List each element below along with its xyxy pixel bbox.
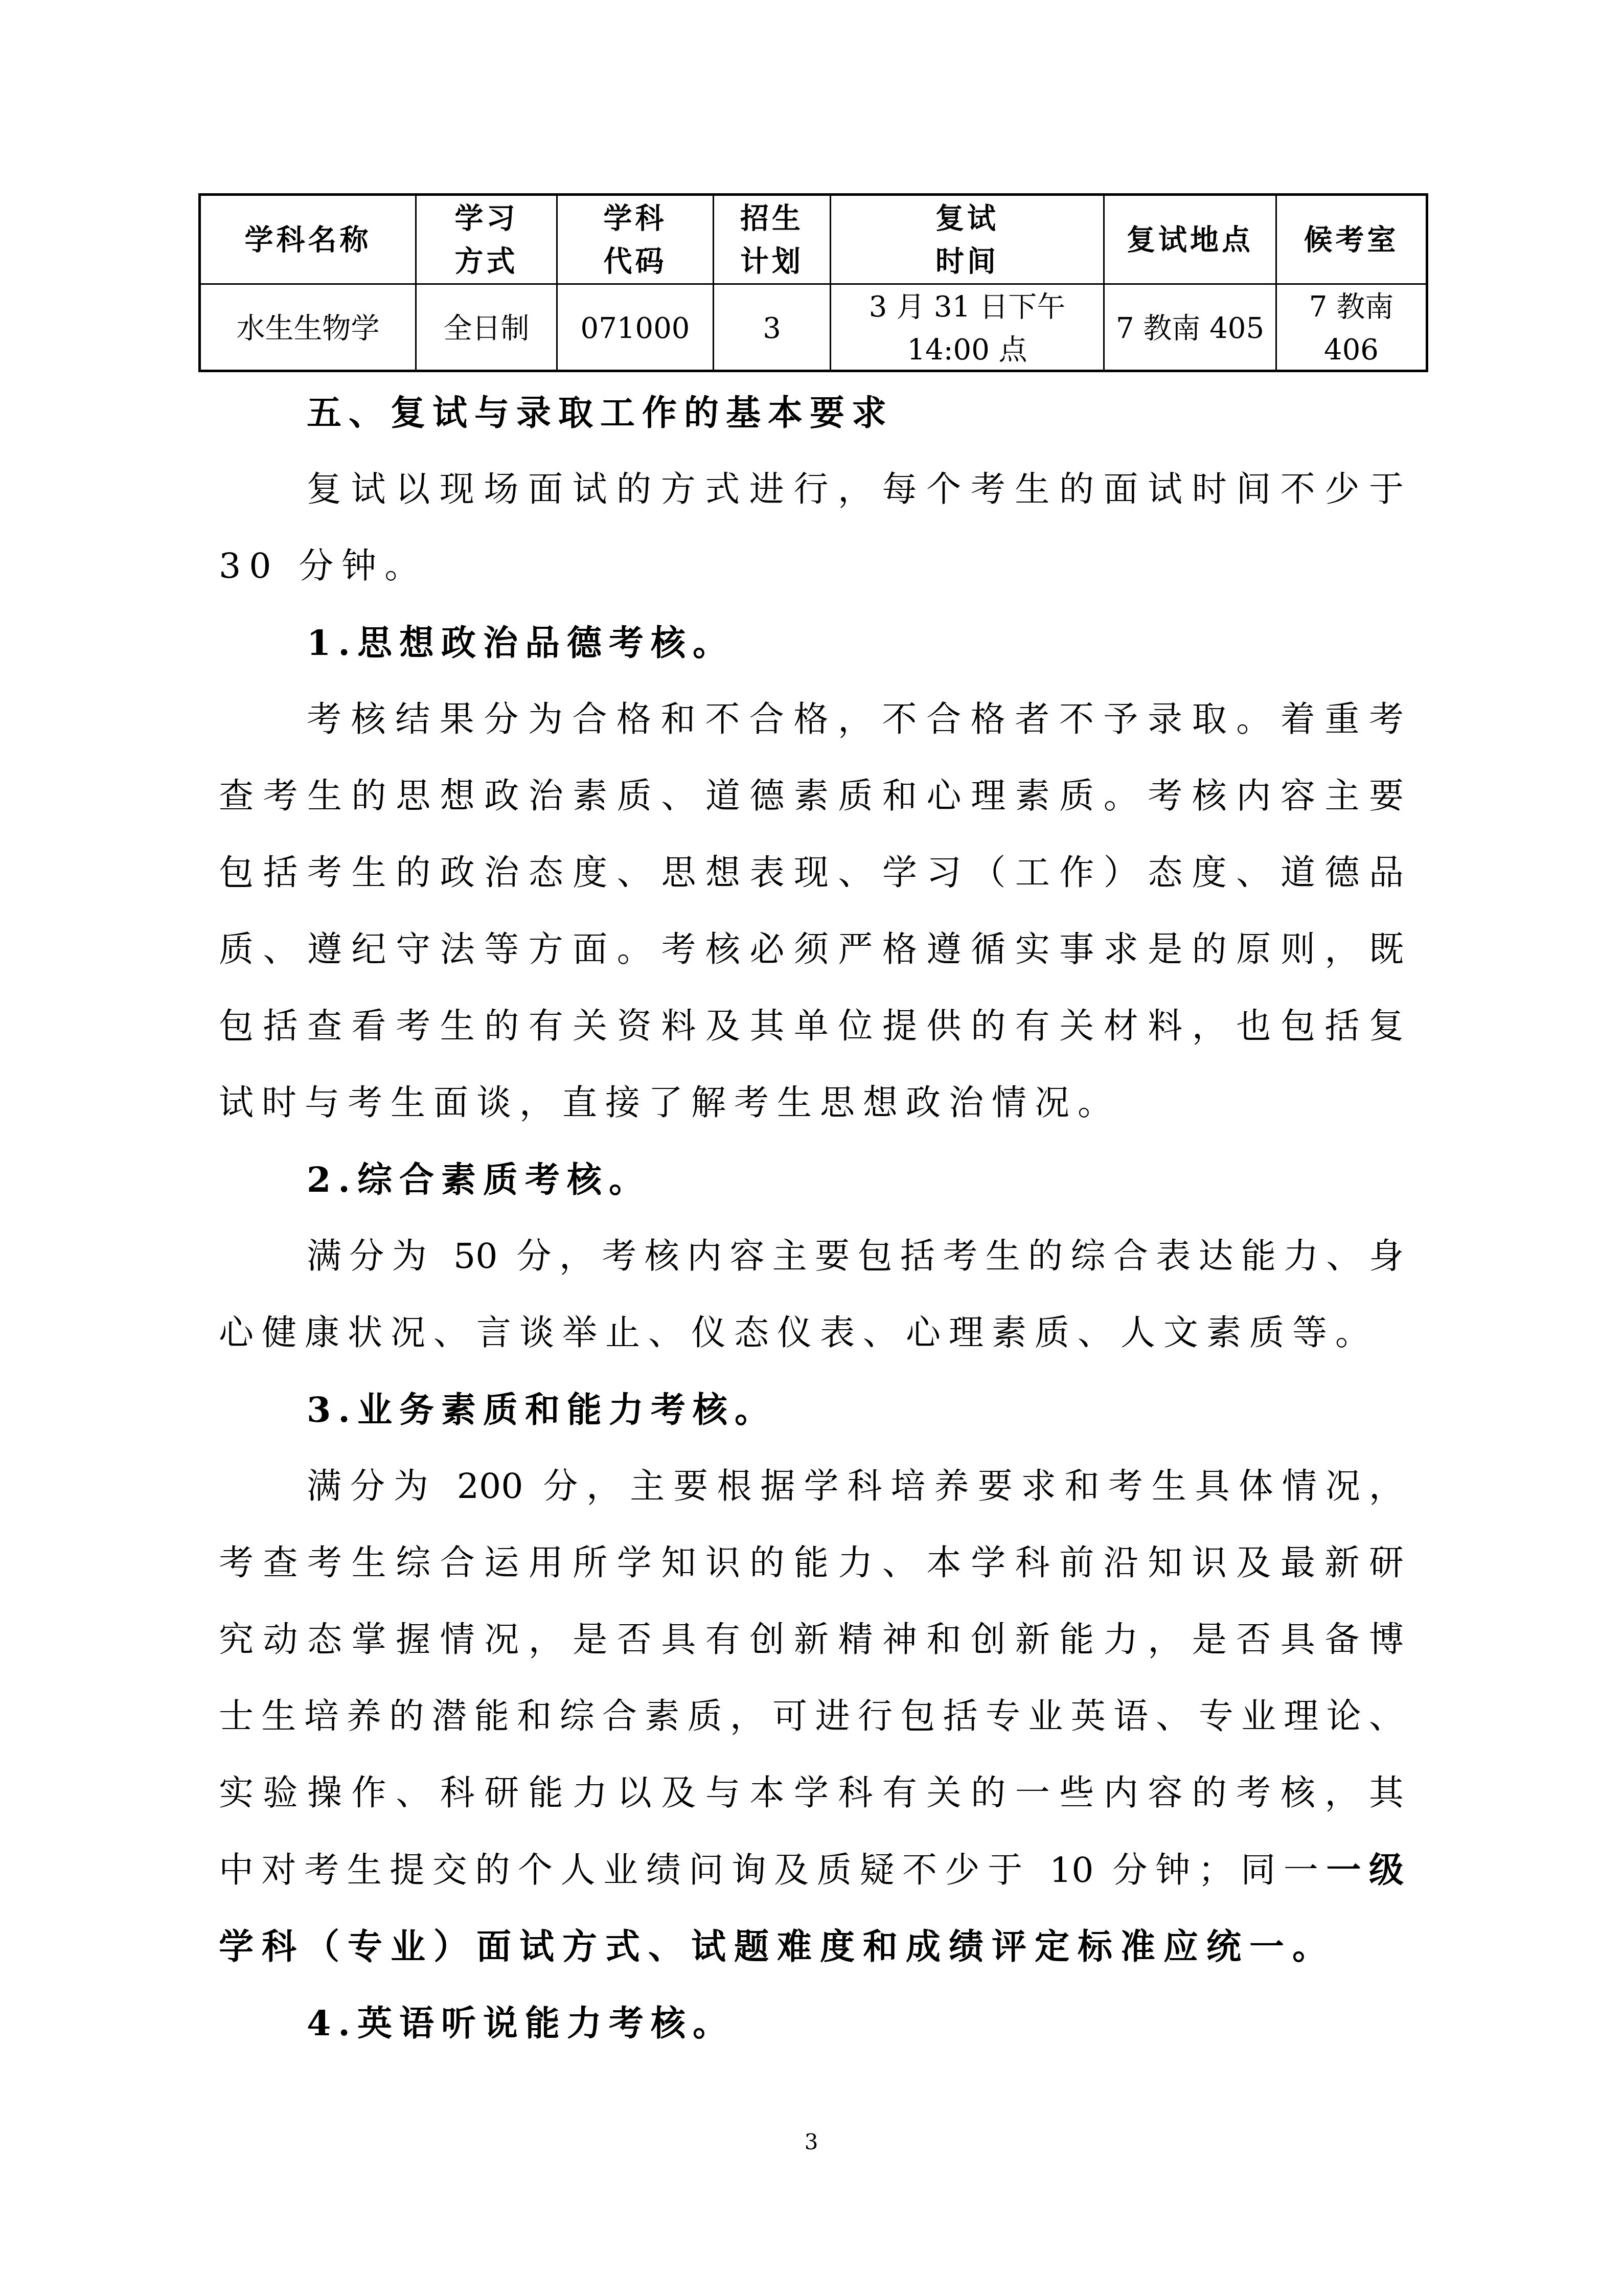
paragraph-line: 查考生的思想政治素质、道德素质和心理素质。考核内容主要 (219, 758, 1404, 835)
paragraph-line: 考核结果分为合格和不合格，不合格者不予录取。着重考 (307, 681, 1404, 758)
item-3-title: 3.业务素质和能力考核。 (307, 1372, 1404, 1448)
item-2-title: 2.综合素质考核。 (307, 1142, 1404, 1218)
paragraph-line: 满分为 50 分，考核内容主要包括考生的综合表达能力、身 (307, 1218, 1404, 1295)
cell-study-mode: 全日制 (415, 285, 556, 372)
paragraph-line: 心健康状况、言谈举止、仪态仪表、心理素质、人文素质等。 (219, 1295, 1404, 1372)
header-enrollment-plan: 招生计划 (713, 196, 830, 283)
bold-paragraph-line: 学科（专业）面试方式、试题难度和成绩评定标准应统一。 (219, 1908, 1404, 1985)
header-subject-name: 学科名称 (201, 196, 415, 283)
intro-line: 30 分钟。 (219, 528, 1404, 605)
cell-retest-time: 3 月 31 日下午14:00 点 (830, 285, 1103, 372)
paragraph-line: 满分为 200 分，主要根据学科培养要求和考生具体情况， (307, 1448, 1404, 1525)
page-number: 3 (801, 2127, 821, 2157)
header-study-mode: 学习方式 (415, 196, 556, 283)
paragraph-line: 士生培养的潜能和综合素质，可进行包括专业英语、专业理论、 (219, 1678, 1404, 1755)
paragraph-line: 实验操作、科研能力以及与本学科有关的一些内容的考核，其 (219, 1755, 1404, 1832)
schedule-table: 学科名称 学习方式 学科代码 招生计划 复试时间 复试地点 候考室 水生生物学 … (198, 193, 1428, 372)
cell-waiting-room: 7 教南406 (1275, 285, 1426, 372)
paragraph-line-mixed: 中对考生提交的个人业绩问询及质疑不少于 10 分钟；同一一级 (219, 1832, 1404, 1908)
bold-text: 一级 (1326, 1850, 1404, 1891)
paragraph-line: 质、遵纪守法等方面。考核必须严格遵循实事求是的原则，既 (219, 912, 1404, 988)
paragraph-line: 试时与考生面谈，直接了解考生思想政治情况。 (219, 1065, 1404, 1142)
cell-subject-name: 水生生物学 (201, 285, 415, 372)
cell-enrollment-plan: 3 (713, 285, 830, 372)
table-header-row: 学科名称 学习方式 学科代码 招生计划 复试时间 复试地点 候考室 (201, 196, 1426, 285)
header-retest-time: 复试时间 (830, 196, 1103, 283)
header-subject-code: 学科代码 (556, 196, 713, 283)
header-retest-location: 复试地点 (1103, 196, 1275, 283)
table-row: 水生生物学 全日制 071000 3 3 月 31 日下午14:00 点 7 教… (201, 285, 1426, 372)
section-heading: 五、复试与录取工作的基本要求 (307, 375, 1404, 451)
cell-subject-code: 071000 (556, 285, 713, 372)
cell-retest-location: 7 教南 405 (1103, 285, 1275, 372)
item-4-title: 4.英语听说能力考核。 (307, 1985, 1404, 2062)
document-page: 学科名称 学习方式 学科代码 招生计划 复试时间 复试地点 候考室 水生生物学 … (0, 0, 1623, 2296)
paragraph-line: 究动态掌握情况，是否具有创新精神和创新能力，是否具备博 (219, 1602, 1404, 1678)
item-1-title: 1.思想政治品德考核。 (307, 605, 1404, 681)
paragraph-line: 包括考生的政治态度、思想表现、学习（工作）态度、道德品 (219, 835, 1404, 912)
header-waiting-room: 候考室 (1275, 196, 1426, 283)
paragraph-line: 考查考生综合运用所学知识的能力、本学科前沿知识及最新研 (219, 1525, 1404, 1602)
paragraph-line: 包括查看考生的有关资料及其单位提供的有关材料，也包括复 (219, 988, 1404, 1065)
intro-line: 复试以现场面试的方式进行，每个考生的面试时间不少于 (307, 451, 1404, 528)
